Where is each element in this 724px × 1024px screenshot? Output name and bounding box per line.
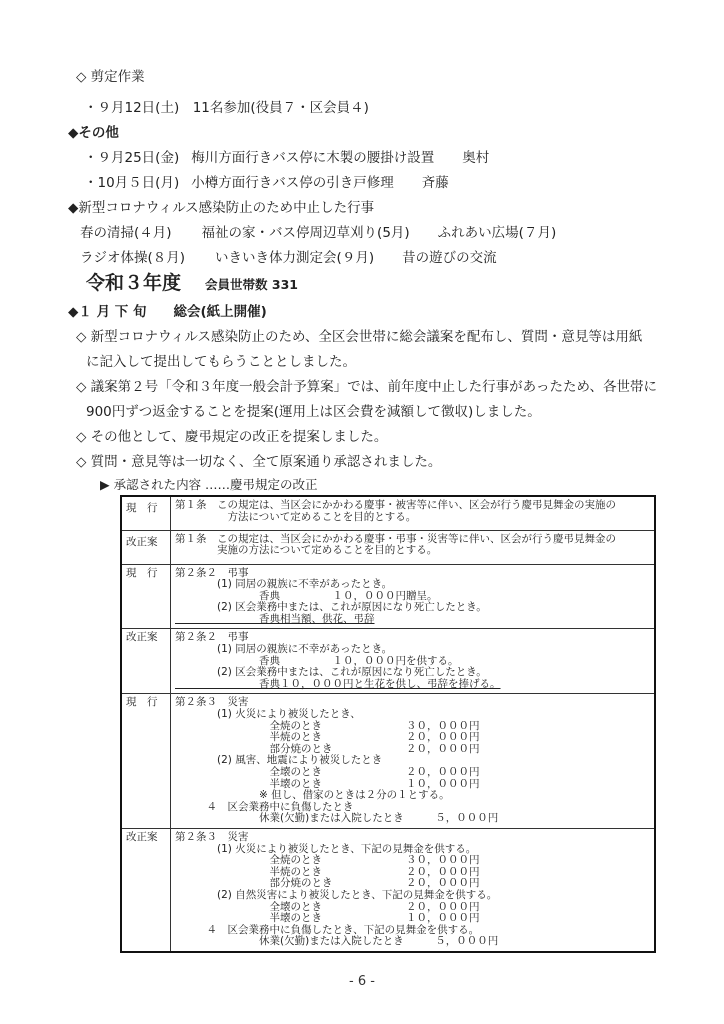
year-heading: 令和３年度会員世帯数 331: [86, 270, 298, 298]
rule-line: 第１条 この規定は、当区会にかかわる慶事・被害等に伴い、区会が行う慶弔見舞金の実…: [175, 500, 650, 512]
meeting-heading: ◆１ 月 下 旬 総会(紙上開催): [68, 303, 267, 321]
row-label: 改正案: [121, 828, 171, 951]
cancelled-heading: ◆新型コロナウィルス感染防止のため中止した行事: [68, 199, 374, 217]
paragraph: 900円ずつ返金することを提案(運用上は区会費を減額して徴収)しました。: [86, 403, 541, 421]
rule-line: 第２条３ 災害: [175, 832, 650, 844]
row-content: 第２条３ 災害 (1) 火災により被災したとき、 全焼のとき ３０，０００円 半…: [171, 694, 656, 829]
rule-line: 香典１０，０００円と生花を供し、弔辞を捧げる。: [175, 679, 650, 691]
cancelled-event: いきいき体力測定会(９月): [215, 250, 374, 266]
other-item-text: 梅川方面行きバス停に木製の腰掛け設置: [191, 150, 434, 166]
other-heading: ◆その他: [68, 124, 119, 142]
cancelled-event: ラジオ体操(８月): [80, 250, 185, 266]
table-row: 現 行 第２条３ 災害 (1) 火災により被災したとき、 全焼のとき ３０，００…: [121, 694, 655, 829]
other-item-person: 斉藤: [422, 175, 449, 191]
row-content: 第１条 この規定は、当区会にかかわる慶事・弔事・災害等に伴い、区会が行う慶弔見舞…: [171, 530, 656, 564]
cancelled-row-1: 春の清掃(４月)福祉の家・バス停周辺草刈り(5月)ふれあい広場(７月): [80, 224, 556, 242]
rule-line: (2) 自然災害により被災したとき、下記の見舞金を供する。: [175, 890, 650, 902]
rule-line: (1) 火災により被災したとき、: [175, 709, 650, 721]
households-count: 会員世帯数 331: [205, 277, 298, 292]
cancelled-event: ふれあい広場(７月): [438, 225, 557, 241]
row-content: 第１条 この規定は、当区会にかかわる慶事・被害等に伴い、区会が行う慶弔見舞金の実…: [171, 496, 656, 530]
row-label: 現 行: [121, 694, 171, 829]
year-title: 令和３年度: [86, 272, 181, 294]
rule-line: 休業(欠勤)または入院したとき ５，０００円: [175, 936, 650, 948]
other-item-date: ・10月５日(月): [84, 175, 179, 191]
cancelled-row-2: ラジオ体操(８月)いきいき体力測定会(９月)昔の遊びの交流: [80, 249, 497, 267]
cancelled-event: 福祉の家・バス停周辺草刈り(5月): [202, 225, 410, 241]
paragraph: ◇ その他として、慶弔規定の改正を提案しました。: [76, 428, 387, 446]
paragraph: に記入して提出してもらうこととしました。: [86, 353, 356, 371]
rule-line: (1) 同居の親族に不幸があったとき。: [175, 579, 650, 591]
other-item-2: ・10月５日(月)小樽方面行きバス停の引き戸修理斉藤: [84, 174, 449, 192]
paragraph: ◇ 新型コロナウィルス感染防止のため、全区会世帯に総会議案を配布し、質問・意見等…: [76, 328, 642, 346]
row-content: 第２条３ 災害 (1) 火災により被災したとき、下記の見舞金を供する。 全焼のと…: [171, 828, 656, 951]
rule-line: 半壊のとき １０，０００円: [175, 913, 650, 925]
page-number: - 6 -: [0, 974, 724, 989]
row-label: 改正案: [121, 530, 171, 564]
rule-line: (1) 同居の親族に不幸があったとき。: [175, 644, 650, 656]
table-row: 改正案 第２条３ 災害 (1) 火災により被災したとき、下記の見舞金を供する。 …: [121, 828, 655, 951]
table-row: 現 行 第２条２ 弔事 (1) 同居の親族に不幸があったとき。 香典 １０，００…: [121, 564, 655, 629]
row-label: 現 行: [121, 564, 171, 629]
rule-line: 全壊のとき ２０，０００円: [175, 767, 650, 779]
rule-line: 全焼のとき ３０，０００円: [175, 855, 650, 867]
table-row: 現 行 第１条 この規定は、当区会にかかわる慶事・被害等に伴い、区会が行う慶弔見…: [121, 496, 655, 530]
pruning-heading: ◇ 剪定作業: [76, 68, 145, 86]
rule-line: 休業(欠勤)または入院したとき ５，０００円: [175, 813, 650, 825]
row-label: 改正案: [121, 629, 171, 694]
rule-line: 方法について定めることを目的とする。: [175, 512, 650, 524]
rule-line: 香典相当額、供花、弔辞: [175, 614, 650, 626]
paragraph: ◇ 議案第２号「令和３年度一般会計予算案」では、前年度中止した行事があったため、…: [76, 378, 657, 396]
row-content: 第２条２ 弔事 (1) 同居の親族に不幸があったとき。 香典 １０，０００円贈呈…: [171, 564, 656, 629]
rule-line: 実施の方法について定めることを目的とする。: [175, 545, 650, 557]
row-content: 第２条２ 弔事 (1) 同居の親族に不幸があったとき。 香典 １０，０００円を供…: [171, 629, 656, 694]
regulation-comparison-table: 現 行 第１条 この規定は、当区会にかかわる慶事・被害等に伴い、区会が行う慶弔見…: [120, 495, 656, 953]
approved-caption: ▶ 承認された内容 ……慶弔規定の改正: [100, 476, 318, 494]
other-item-text: 小樽方面行きバス停の引き戸修理: [191, 175, 394, 191]
other-item-person: 奥村: [462, 150, 489, 166]
pruning-item: ・９月12日(土) 11名参加(役員７・区会員４): [84, 99, 369, 117]
row-label: 現 行: [121, 496, 171, 530]
cancelled-event: 昔の遊びの交流: [402, 250, 497, 266]
table-row: 改正案 第２条２ 弔事 (1) 同居の親族に不幸があったとき。 香典 １０，００…: [121, 629, 655, 694]
other-item-1: ・９月25日(金)梅川方面行きバス停に木製の腰掛け設置奥村: [84, 149, 489, 167]
paragraph: ◇ 質問・意見等は一切なく、全て原案通り承認されました。: [76, 453, 441, 471]
table-row: 改正案 第１条 この規定は、当区会にかかわる慶事・弔事・災害等に伴い、区会が行う…: [121, 530, 655, 564]
cancelled-event: 春の清掃(４月): [80, 225, 172, 241]
other-item-date: ・９月25日(金): [84, 150, 179, 166]
